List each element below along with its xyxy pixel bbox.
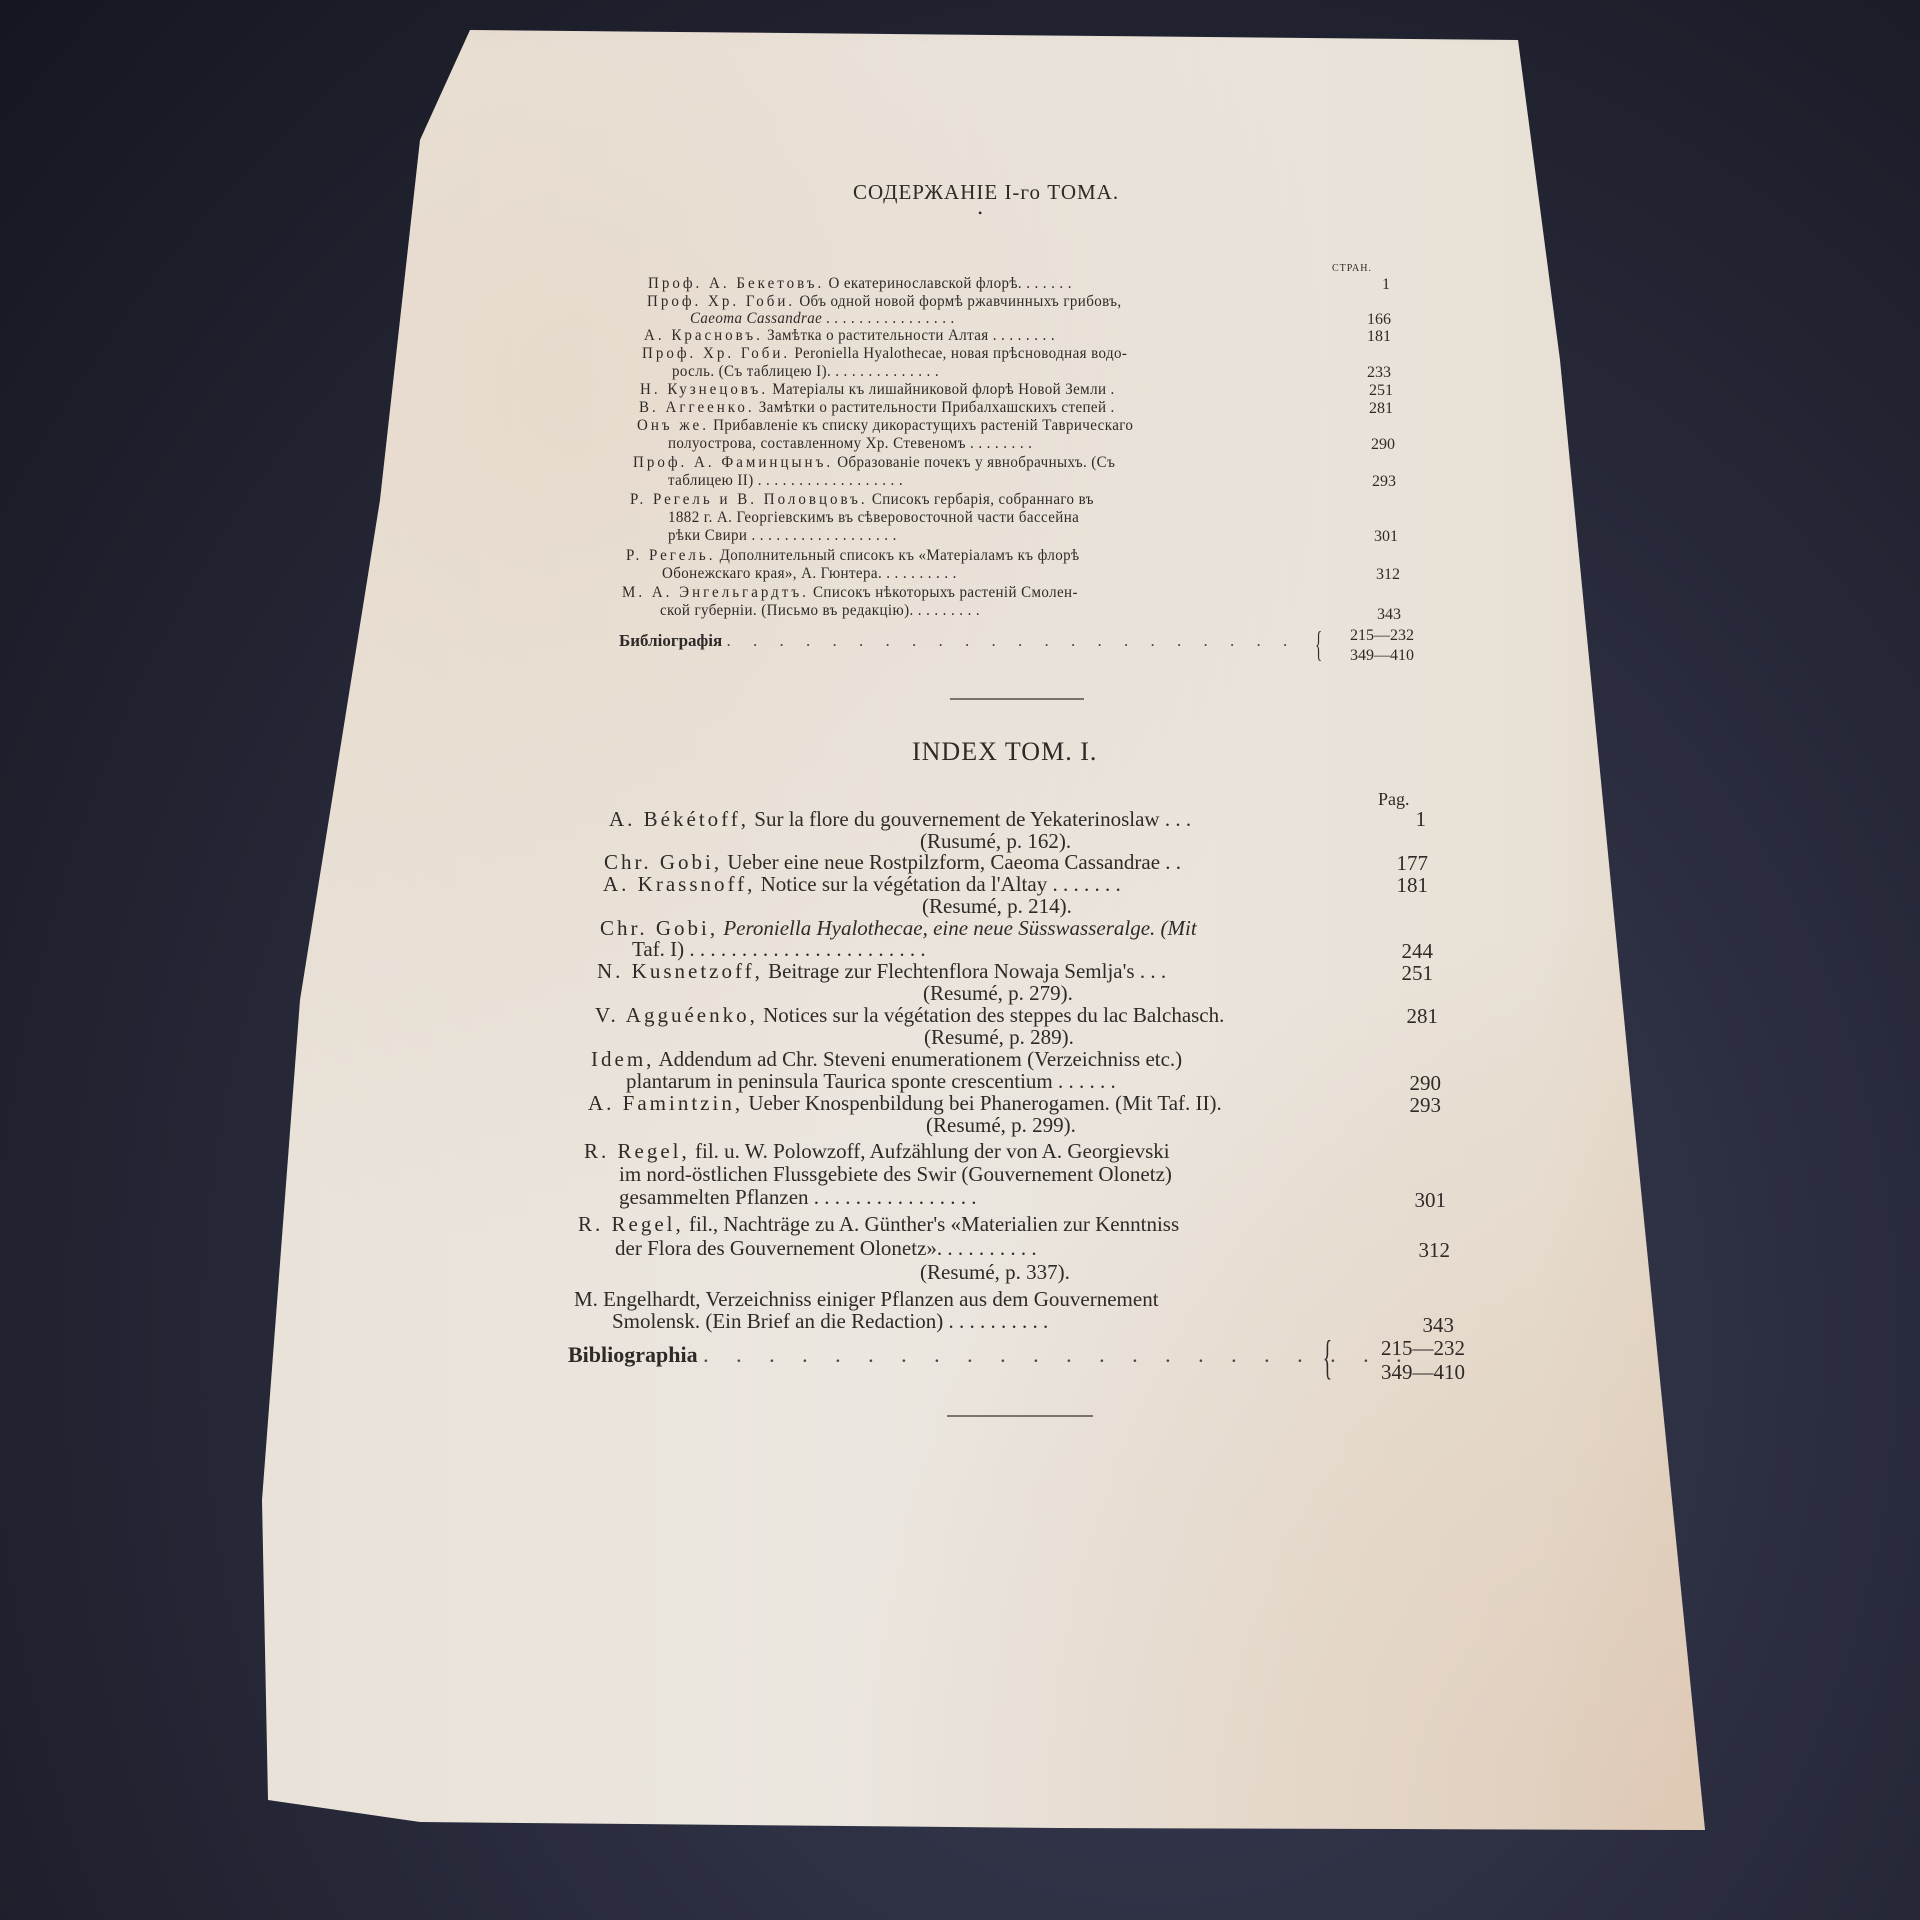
ru-bibliography-dots: . . . . . . . . . . . . . . . . . . . . … xyxy=(726,631,1296,650)
en-entry-resume: (Resumé, p. 337). xyxy=(920,1260,1070,1285)
ru-entry-7: Онъ же. Прибавленіе къ списку дикорастущ… xyxy=(637,418,1133,436)
end-divider xyxy=(947,1415,1093,1417)
en-entry-title: Verzeichniss einiger Pflanzen aus dem Go… xyxy=(705,1287,1158,1311)
ru-entry-title: Матеріалы къ лишайниковой флорѣ Новой Зе… xyxy=(772,382,1114,399)
ru-entry-4: Проф. Хр. Гоби. Peroniella Hyalothecae, … xyxy=(642,346,1127,364)
ru-entry-page: 312 xyxy=(1354,566,1400,584)
en-entry-title: Notice sur la végétation da l'Altay . . … xyxy=(761,872,1121,896)
en-bibliography: Bibliographia . . . . . . . . . . . . . … xyxy=(568,1342,1413,1368)
en-entry-title: fil. u. W. Polowzoff, Aufzählung der von… xyxy=(695,1139,1170,1163)
en-entry-10-cont: der Flora des Gouvernement Olonetz». . .… xyxy=(615,1236,1037,1261)
ru-entry-page: 293 xyxy=(1350,473,1396,491)
ru-bibliography-label: Библіографія xyxy=(619,631,722,650)
latin-index-title: INDEX TOM. I. xyxy=(912,737,1097,767)
ru-entry-author: Проф. Хр. Гоби. xyxy=(642,346,790,363)
ru-entry-author: Проф. А. Бекетовъ. xyxy=(648,276,824,293)
en-entry-page: 251 xyxy=(1385,961,1433,986)
section-divider xyxy=(950,698,1084,700)
en-entry-author: A. Békétoff, xyxy=(609,807,749,831)
en-entry-author: Chr. Gobi, xyxy=(604,850,722,874)
ru-entry-8: Проф. А. Фаминцынъ. Образованіе почекъ у… xyxy=(633,455,1115,473)
title-ornament: • xyxy=(978,206,982,221)
ru-entry-page: 166 xyxy=(1345,311,1391,329)
en-entry-author: M. Engelhardt, xyxy=(574,1287,701,1311)
en-entry-author: N. Kusnetzoff, xyxy=(597,959,763,983)
en-entry-6: V. Agguéenko, Notices sur la végétation … xyxy=(595,1003,1224,1028)
en-entry-page: 293 xyxy=(1393,1093,1441,1118)
ru-entry-6: В. Аггеенко. Замѣтки о растительности Пр… xyxy=(639,400,1115,418)
ru-entry-page: 290 xyxy=(1349,436,1395,454)
ru-entry-title: Замѣтки о растительности Прибалхашскихъ … xyxy=(759,400,1115,417)
en-entry-author: R. Regel, xyxy=(578,1212,684,1236)
ru-bibliography: Библіографія . . . . . . . . . . . . . .… xyxy=(619,631,1296,651)
en-entry-page: 312 xyxy=(1402,1238,1450,1263)
ru-entry-title: Прибавленіе къ списку дикорастущихъ раст… xyxy=(713,418,1133,435)
ru-entry-page: 281 xyxy=(1347,400,1393,418)
ru-entry-4-cont: росль. (Съ таблицею I). . . . . . . . . … xyxy=(672,364,939,382)
ru-entry-author: В. Аггеенко. xyxy=(639,400,755,417)
ru-bibliography-pages-1: 215—232 xyxy=(1318,627,1414,645)
ru-entry-author: Р. Регель и В. Половцовъ. xyxy=(630,492,868,509)
ru-entry-1: Проф. А. Бекетовъ. О екатеринославской ф… xyxy=(648,276,1072,294)
en-entry-page: 281 xyxy=(1390,1004,1438,1029)
ru-entry-author: Онъ же. xyxy=(637,418,709,435)
ru-entry-9-cont2: рѣки Свири . . . . . . . . . . . . . . .… xyxy=(668,528,897,546)
russian-page-header: СТРАН. xyxy=(1332,263,1372,274)
ru-entry-title: Образованіе почекъ у явнобрачныхъ. (Съ xyxy=(837,455,1115,472)
en-entry-title: Ueber Knospenbildung bei Phanerogamen. (… xyxy=(748,1091,1221,1115)
en-entry-title: fil., Nachträge zu A. Günther's «Materia… xyxy=(689,1212,1179,1236)
ru-entry-9: Р. Регель и В. Половцовъ. Списокъ гербар… xyxy=(630,492,1094,510)
en-entry-title: Notices sur la végétation des steppes du… xyxy=(763,1003,1224,1027)
en-entry-page: 301 xyxy=(1398,1188,1446,1213)
en-entry-author: Idem, xyxy=(591,1047,654,1071)
ru-entry-author: А. Красновъ. xyxy=(644,328,763,345)
ru-entry-author: М. А. Энгельгардтъ. xyxy=(622,585,809,602)
ru-entry-title: Объ одной новой формѣ ржавчинныхъ грибов… xyxy=(799,294,1121,311)
ru-entry-3: А. Красновъ. Замѣтка о растительности Ал… xyxy=(644,328,1055,346)
ru-entry-7-cont: полуострова, составленному Хр. Стевеномъ… xyxy=(668,436,1032,454)
en-entry-page: 181 xyxy=(1380,873,1428,898)
ru-entry-title: Списокъ нѣкоторыхъ растеній Смолен- xyxy=(813,585,1078,602)
ru-entry-author: Проф. Хр. Гоби. xyxy=(647,294,795,311)
ru-entry-10-cont: Обонежскаго края», А. Гюнтера. . . . . .… xyxy=(662,566,957,584)
en-entry-resume: (Resumé, p. 299). xyxy=(926,1113,1076,1138)
en-bibliography-pages-1: 215—232 xyxy=(1325,1336,1465,1361)
ru-entry-11-cont: ской губерніи. (Письмо въ редакцію). . .… xyxy=(660,603,980,621)
en-entry-author: V. Agguéenko, xyxy=(595,1003,758,1027)
en-entry-title: Ueber eine neue Rostpilzform, Caeoma Cas… xyxy=(727,850,1181,874)
en-entry-title: Sur la flore du gouvernement de Yekateri… xyxy=(754,807,1191,831)
ru-bibliography-pages-2: 349—410 xyxy=(1318,647,1414,665)
ru-entry-title: Дополнительный списокъ къ «Матеріаламъ к… xyxy=(720,548,1080,565)
en-entry-9-cont: im nord-östlichen Flussgebiete des Swir … xyxy=(619,1162,1172,1187)
ru-entry-10: Р. Регель. Дополнительный списокъ къ «Ма… xyxy=(626,548,1080,566)
en-entry-9-cont2: gesammelten Pflanzen . . . . . . . . . .… xyxy=(619,1185,977,1210)
en-entry-10: R. Regel, fil., Nachträge zu A. Günther'… xyxy=(578,1212,1179,1237)
ru-entry-title: О екатеринославской флорѣ. . . . . . . xyxy=(828,276,1071,293)
en-entry-9: R. Regel, fil. u. W. Polowzoff, Aufzählu… xyxy=(584,1139,1170,1164)
ru-entry-9-cont: 1882 г. А. Георгіевскимъ въ сѣверовосточ… xyxy=(668,510,1079,528)
russian-contents-title: СОДЕРЖАНІЕ І-го ТОМА. xyxy=(853,180,1119,205)
en-bibliography-label: Bibliographia xyxy=(568,1342,698,1367)
en-entry-author: R. Regel, xyxy=(584,1139,690,1163)
en-bibliography-dots: . . . . . . . . . . . . . . . . . . . . … xyxy=(703,1342,1413,1367)
ru-entry-page: 233 xyxy=(1345,364,1391,382)
ru-entry-author: Проф. А. Фаминцынъ. xyxy=(633,455,833,472)
en-entry-author: A. Krassnoff, xyxy=(603,872,755,896)
en-entry-title: Addendum ad Chr. Steveni enumerationem (… xyxy=(659,1047,1183,1071)
en-entry-page: 1 xyxy=(1386,807,1426,832)
ru-entry-11: М. А. Энгельгардтъ. Списокъ нѣкоторыхъ р… xyxy=(622,585,1078,603)
ru-entry-page: 251 xyxy=(1347,382,1393,400)
en-entry-title: Beitrage zur Flechtenflora Nowaja Semlja… xyxy=(768,959,1166,983)
ru-entry-8-cont: таблицею II) . . . . . . . . . . . . . .… xyxy=(668,473,903,491)
ru-entry-page: 343 xyxy=(1355,606,1401,624)
en-entry-author: A. Famintzin, xyxy=(588,1091,743,1115)
en-entry-11-cont: Smolensk. (Ein Brief an die Redaction) .… xyxy=(612,1309,1048,1334)
ru-entry-2: Проф. Хр. Гоби. Объ одной новой формѣ рж… xyxy=(647,294,1122,312)
ru-entry-2-cont: Caeoma Cassandrae . . . . . . . . . . . … xyxy=(690,311,955,329)
ru-entry-title: Списокъ гербарія, собраннаго въ xyxy=(872,492,1094,509)
ru-entry-page: 181 xyxy=(1345,328,1391,346)
ru-entry-author: Р. Регель. xyxy=(626,548,715,565)
en-entry-1: A. Békétoff, Sur la flore du gouvernemen… xyxy=(609,807,1191,832)
en-entry-8: A. Famintzin, Ueber Knospenbildung bei P… xyxy=(588,1091,1222,1116)
en-entry-page: 343 xyxy=(1406,1313,1454,1338)
ru-entry-page: 1 xyxy=(1360,276,1390,294)
en-entry-5: N. Kusnetzoff, Beitrage zur Flechtenflor… xyxy=(597,959,1166,984)
en-bibliography-pages-2: 349—410 xyxy=(1325,1360,1465,1385)
ru-entry-title: Peroniella Hyalothecae, новая прѣсноводн… xyxy=(794,346,1127,363)
ru-entry-title: Замѣтка о растительности Алтая . . . . .… xyxy=(767,328,1055,345)
ru-entry-page: 301 xyxy=(1352,528,1398,546)
ru-entry-author: Н. Кузнецовъ. xyxy=(640,382,768,399)
ru-entry-5: Н. Кузнецовъ. Матеріалы къ лишайниковой … xyxy=(640,382,1115,400)
